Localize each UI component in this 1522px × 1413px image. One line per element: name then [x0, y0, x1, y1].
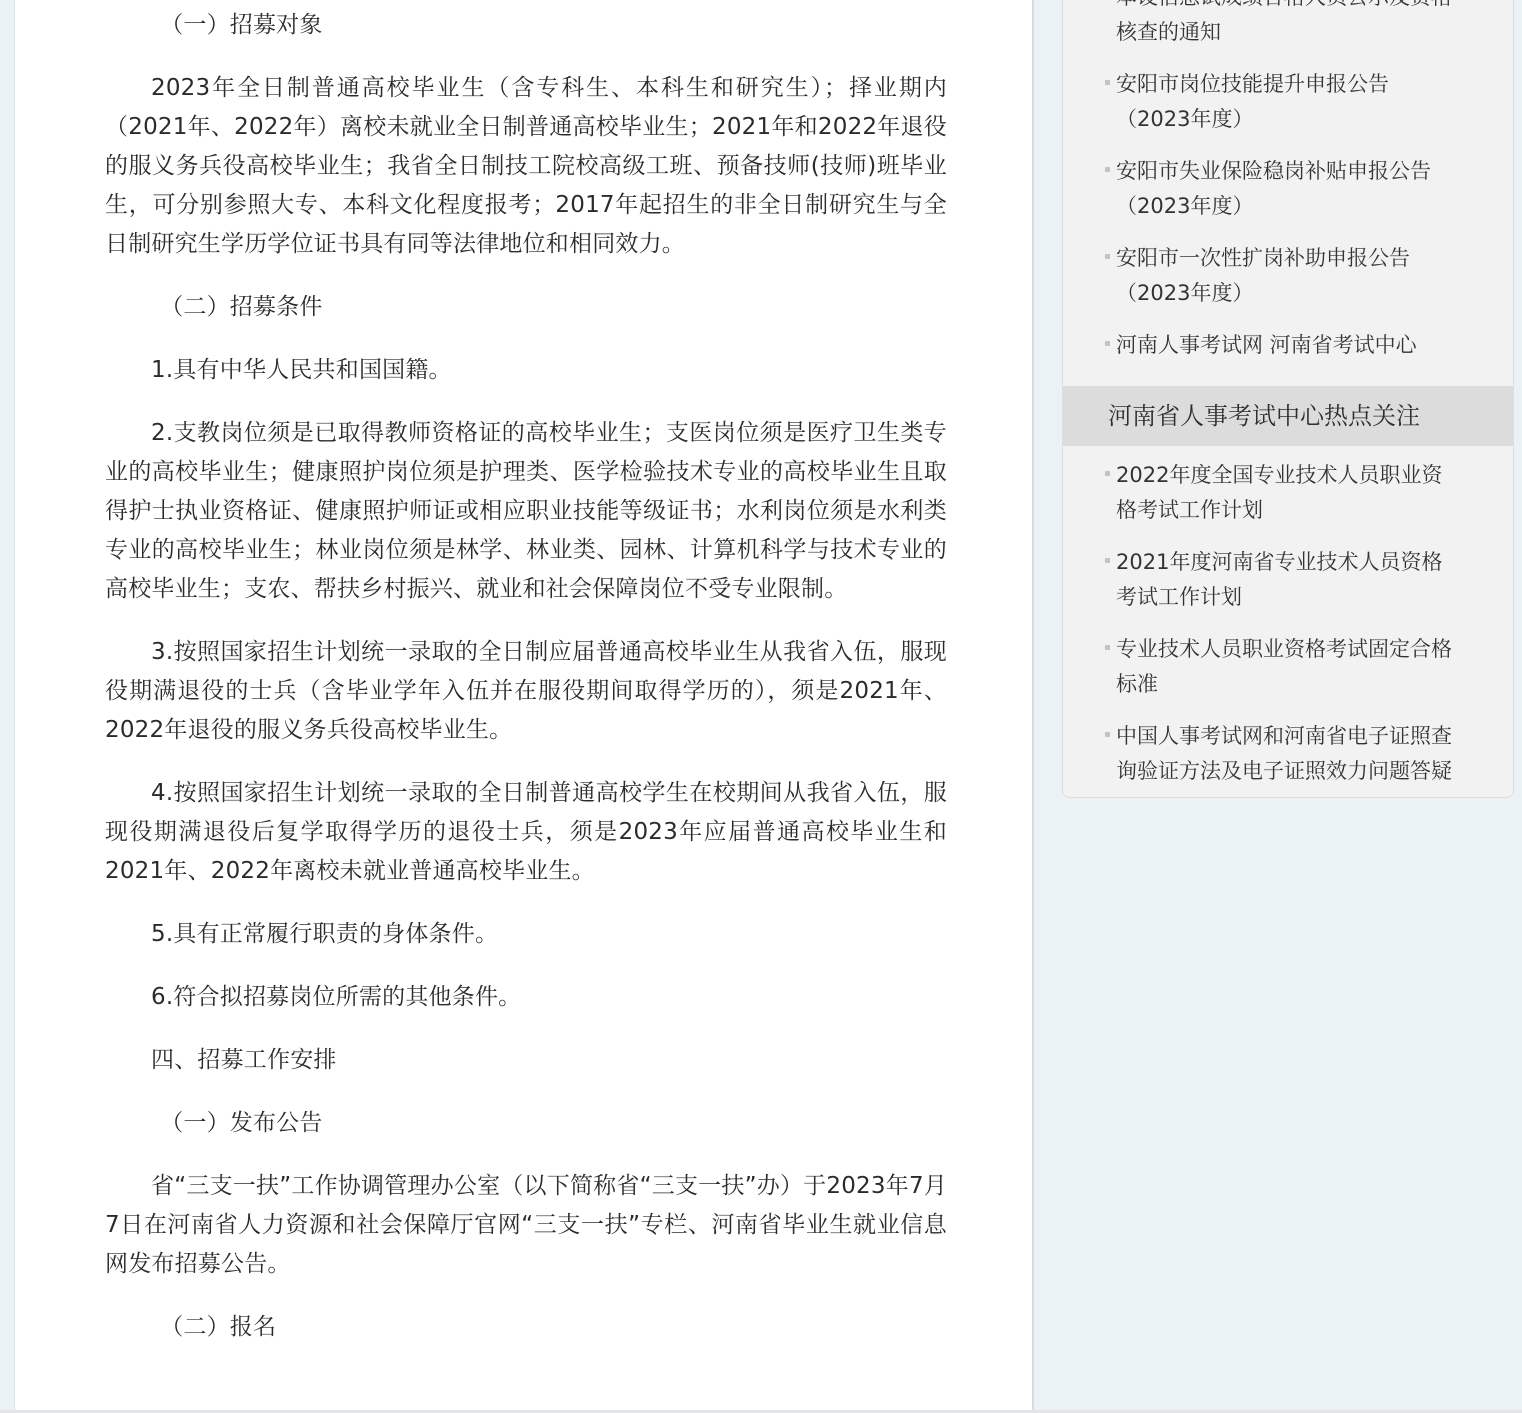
sidebar-link-e-certificate-faq[interactable]: 中国人事考试网和河南省电子证照查询验证方法及电子证照效力问题答疑 — [1063, 719, 1513, 789]
main-content: （一）招募对象 2023年全日制普通高校毕业生（含专科生、本科生和研究生）；择业… — [14, 0, 1034, 1410]
sidebar-link-partial-cut: 本设信息试成绩合格人员公示及资格 — [1116, 0, 1463, 15]
sidebar-link-partial-label: 核查的通知 — [1116, 15, 1463, 50]
sidebar: 本设信息试成绩合格人员公示及资格 核查的通知 安阳市岗位技能提升申报公告（202… — [1062, 0, 1514, 798]
paragraph-recruit-target: 2023年全日制普通高校毕业生（含专科生、本科生和研究生）；择业期内（2021年… — [105, 69, 947, 264]
page: （一）招募对象 2023年全日制普通高校毕业生（含专科生、本科生和研究生）；择业… — [0, 0, 1522, 1410]
sidebar-link-label: 安阳市失业保险稳岗补贴申报公告（2023年度） — [1116, 159, 1431, 218]
condition-item-4: 4.按照国家招生计划统一录取的全日制普通高校学生在校期间从我省入伍，服现役期满退… — [105, 774, 947, 891]
condition-item-6: 6.符合拟招募岗位所需的其他条件。 — [105, 978, 947, 1017]
section-heading-recruit-conditions: （二）招募条件 — [105, 288, 947, 327]
sidebar-link-label: 安阳市岗位技能提升申报公告（2023年度） — [1116, 72, 1389, 131]
square-bullet-icon — [1105, 341, 1110, 346]
square-bullet-icon — [1105, 732, 1110, 737]
square-bullet-icon — [1105, 254, 1110, 259]
sidebar-link-2021-exam-plan[interactable]: 2021年度河南省专业技术人员资格考试工作计划 — [1063, 545, 1513, 615]
sidebar-link-anyang-unemployment-subsidy[interactable]: 安阳市失业保险稳岗补贴申报公告（2023年度） — [1063, 154, 1513, 224]
square-bullet-icon — [1105, 558, 1110, 563]
section-heading-work-arrangement: 四、招募工作安排 — [105, 1041, 947, 1080]
sidebar-link-passing-standard[interactable]: 专业技术人员职业资格考试固定合格标准 — [1063, 632, 1513, 702]
sidebar-link-2022-exam-plan[interactable]: 2022年度全国专业技术人员职业资格考试工作计划 — [1063, 458, 1513, 528]
sidebar-link-partial[interactable]: 本设信息试成绩合格人员公示及资格 核查的通知 — [1063, 0, 1513, 50]
sidebar-hot-list: 2022年度全国专业技术人员职业资格考试工作计划 2021年度河南省专业技术人员… — [1063, 446, 1513, 797]
sidebar-top-list: 本设信息试成绩合格人员公示及资格 核查的通知 安阳市岗位技能提升申报公告（202… — [1063, 0, 1513, 371]
condition-item-1: 1.具有中华人民共和国国籍。 — [105, 351, 947, 390]
section-heading-registration: （二）报名 — [105, 1308, 947, 1347]
paragraph-publish-notice: 省“三支一扶”工作协调管理办公室（以下简称省“三支一扶”办）于2023年7月7日… — [105, 1167, 947, 1284]
condition-item-3: 3.按照国家招生计划统一录取的全日制应届普通高校毕业生从我省入伍，服现役期满退役… — [105, 633, 947, 750]
square-bullet-icon — [1105, 645, 1110, 650]
section-heading-publish-notice: （一）发布公告 — [105, 1104, 947, 1143]
condition-item-5: 5.具有正常履行职责的身体条件。 — [105, 915, 947, 954]
square-bullet-icon — [1105, 167, 1110, 172]
sidebar-link-label: 2021年度河南省专业技术人员资格考试工作计划 — [1116, 550, 1442, 609]
square-bullet-icon — [1105, 471, 1110, 476]
sidebar-news-box: 本设信息试成绩合格人员公示及资格 核查的通知 安阳市岗位技能提升申报公告（202… — [1062, 0, 1514, 798]
sidebar-link-anyang-skill-upgrade[interactable]: 安阳市岗位技能提升申报公告（2023年度） — [1063, 67, 1513, 137]
square-bullet-icon — [1105, 80, 1110, 85]
sidebar-link-label: 专业技术人员职业资格考试固定合格标准 — [1116, 637, 1452, 696]
sidebar-link-label: 2022年度全国专业技术人员职业资格考试工作计划 — [1116, 463, 1442, 522]
sidebar-link-label: 中国人事考试网和河南省电子证照查询验证方法及电子证照效力问题答疑 — [1116, 724, 1452, 783]
sidebar-link-henan-exam-center[interactable]: 河南人事考试网 河南省考试中心 — [1063, 328, 1513, 363]
sidebar-hot-heading: 河南省人事考试中心热点关注 — [1063, 386, 1513, 446]
article-body: （一）招募对象 2023年全日制普通高校毕业生（含专科生、本科生和研究生）；择业… — [105, 0, 947, 1347]
sidebar-link-anyang-expansion-subsidy[interactable]: 安阳市一次性扩岗补助申报公告（2023年度） — [1063, 241, 1513, 311]
sidebar-link-label: 安阳市一次性扩岗补助申报公告（2023年度） — [1116, 246, 1410, 305]
section-heading-recruit-target: （一）招募对象 — [105, 6, 947, 45]
sidebar-link-label: 河南人事考试网 河南省考试中心 — [1116, 333, 1417, 357]
condition-item-2: 2.支教岗位须是已取得教师资格证的高校毕业生；支医岗位须是医疗卫生类专业的高校毕… — [105, 414, 947, 609]
